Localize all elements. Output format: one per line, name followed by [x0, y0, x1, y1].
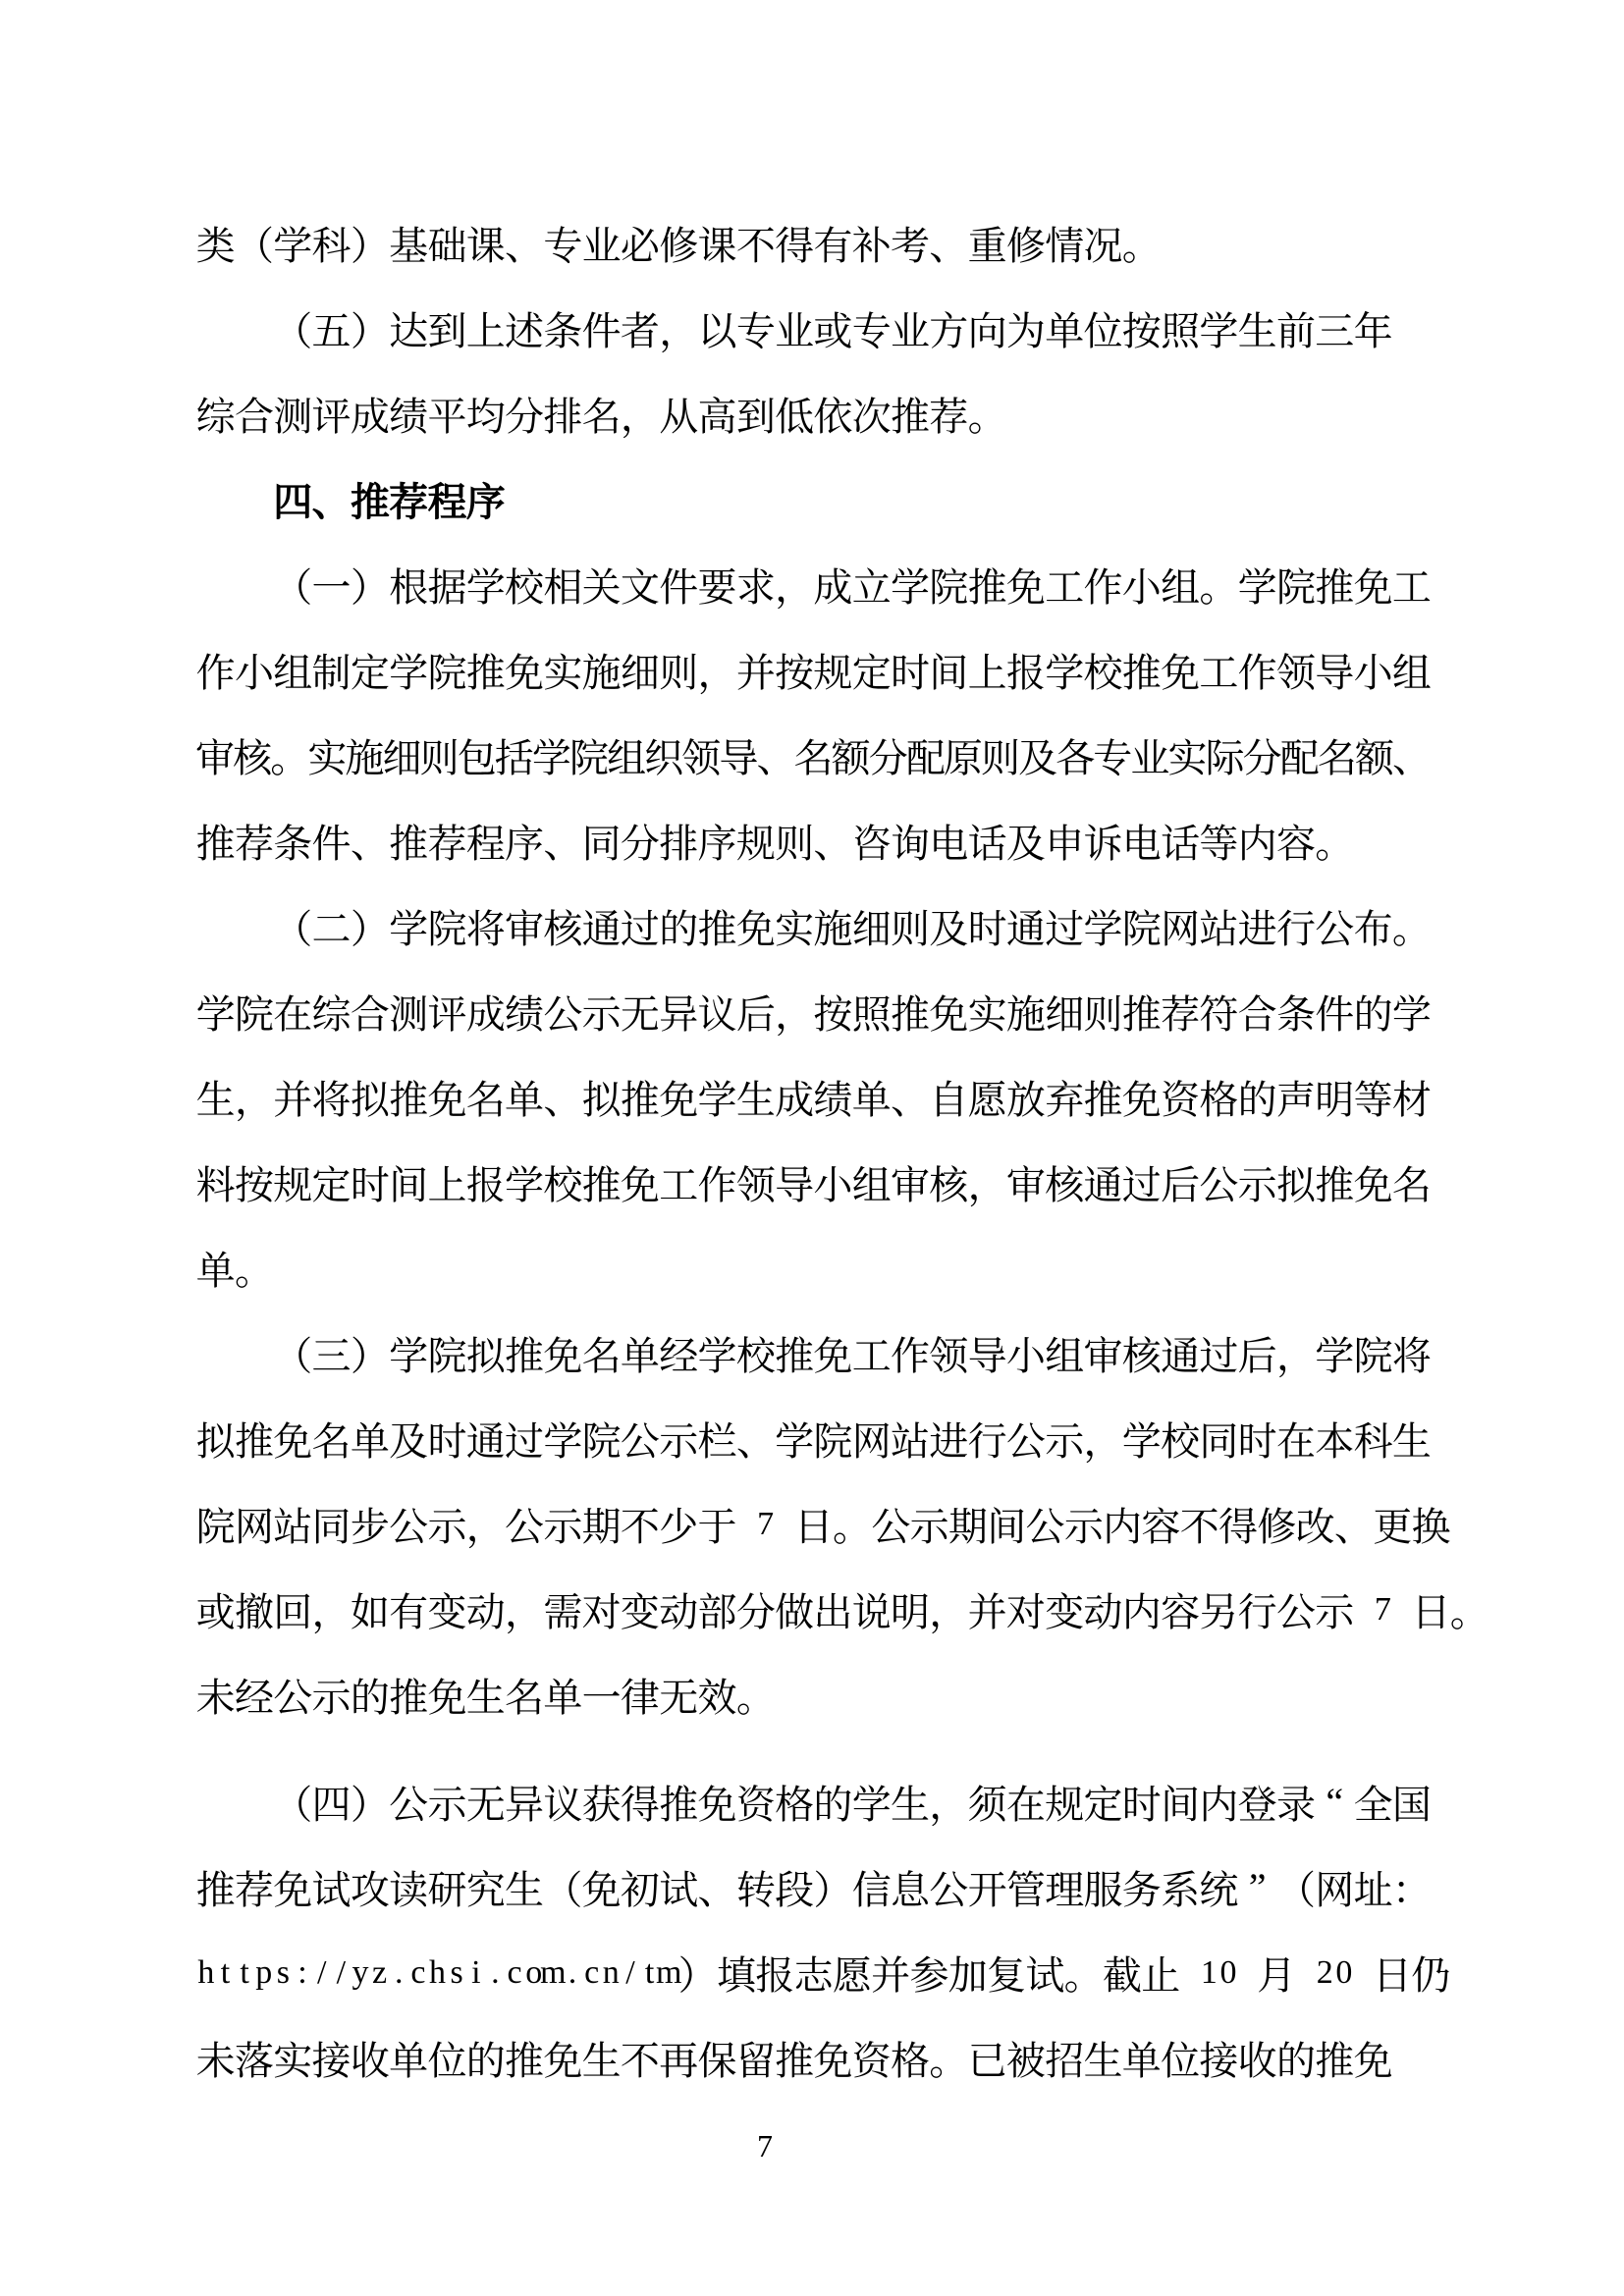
doc-line: （三）学院拟推免名单经学校推免工作领导小组审核通过后，学院将	[196, 1310, 1434, 1396]
doc-line: 综合测评成绩平均分排名，从高到低依次推荐。	[196, 371, 1434, 456]
page-number: 7	[757, 2128, 773, 2164]
doc-line: 审核。实施细则包括学院组织领导、名额分配原则及各专业实际分配名额、	[196, 713, 1434, 798]
doc-line: 学院在综合测评成绩公示无异议后，按照推免实施细则推荐符合条件的学	[196, 969, 1434, 1054]
doc-line: 料按规定时间上报学校推免工作领导小组审核，审核通过后公示拟推免名	[196, 1140, 1434, 1225]
doc-line: 作小组制定学院推免实施细则，并按规定时间上报学校推免工作领导小组	[196, 627, 1434, 713]
doc-line-url: https://yz.chsi.com.cn/tm）填报志愿并参加复试。截止 1…	[196, 1930, 1434, 2015]
doc-line: 推荐条件、推荐程序、同分排序规则、咨询电话及申诉电话等内容。	[196, 798, 1434, 883]
doc-line: 生，并将拟推免名单、拟推免学生成绩单、自愿放弃推免资格的声明等材	[196, 1054, 1434, 1140]
doc-line: 院网站同步公示，公示期不少于 7 日。公示期间公示内容不得修改、更换	[196, 1481, 1434, 1567]
document-page: 类（学科）基础课、专业必修课不得有补考、重修情况。 （五）达到上述条件者，以专业…	[0, 0, 1624, 2296]
doc-line: （五）达到上述条件者，以专业或专业方向为单位按照学生前三年	[196, 286, 1434, 371]
doc-line: 或撤回，如有变动，需对变动部分做出说明，并对变动内容另行公示 7 日。	[196, 1567, 1434, 1652]
doc-line: （一）根据学校相关文件要求，成立学院推免工作小组。学院推免工	[196, 542, 1434, 627]
document-body: 类（学科）基础课、专业必修课不得有补考、重修情况。 （五）达到上述条件者，以专业…	[196, 200, 1434, 2101]
section-heading: 四、推荐程序	[196, 456, 1434, 542]
doc-line: 未经公示的推免生名单一律无效。	[196, 1652, 1434, 1737]
doc-line: 未落实接收单位的推免生不再保留推免资格。已被招生单位接收的推免	[196, 2015, 1434, 2101]
doc-line: 单。	[196, 1225, 1434, 1310]
doc-line: 推荐免试攻读研究生（免初试、转段）信息公开管理服务系统”（网址：	[196, 1844, 1434, 1930]
doc-line: 拟推免名单及时通过学院公示栏、学院网站进行公示，学校同时在本科生	[196, 1396, 1434, 1481]
doc-line: （二）学院将审核通过的推免实施细则及时通过学院网站进行公布。	[196, 883, 1434, 969]
doc-line: 类（学科）基础课、专业必修课不得有补考、重修情况。	[196, 200, 1434, 286]
doc-line: （四）公示无异议获得推免资格的学生，须在规定时间内登录“全国	[196, 1759, 1434, 1844]
